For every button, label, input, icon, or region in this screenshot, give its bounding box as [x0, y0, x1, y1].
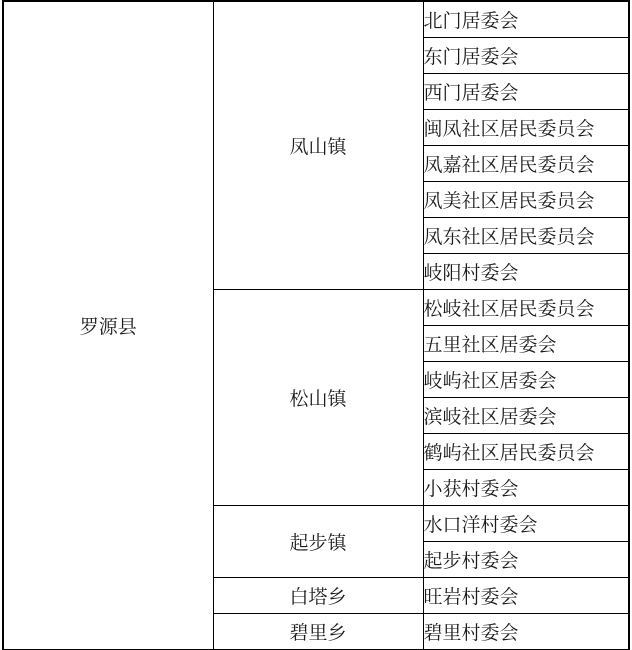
- village-cell: 凤东社区居民委员会: [423, 218, 629, 254]
- village-cell: 五里社区居委会: [423, 326, 629, 362]
- town-cell-qibu: 起步镇: [213, 506, 423, 578]
- county-cell: 罗源县: [3, 1, 213, 650]
- village-cell: 凤美社区居民委员会: [423, 182, 629, 218]
- town-cell-baita: 白塔乡: [213, 578, 423, 614]
- village-cell: 北门居委会: [423, 1, 629, 38]
- village-cell: 岐阳村委会: [423, 254, 629, 290]
- town-cell-songshan: 松山镇: [213, 290, 423, 506]
- admin-divisions-table: 罗源县 凤山镇 北门居委会 东门居委会 西门居委会 闽凤社区居民委员会 凤嘉社区…: [2, 0, 630, 650]
- village-cell: 闽凤社区居民委员会: [423, 110, 629, 146]
- village-cell: 碧里村委会: [423, 614, 629, 650]
- village-cell: 岐屿社区居委会: [423, 362, 629, 398]
- town-cell-bili: 碧里乡: [213, 614, 423, 650]
- village-cell: 西门居委会: [423, 74, 629, 110]
- village-cell: 小获村委会: [423, 470, 629, 506]
- village-cell: 鹤屿社区居民委员会: [423, 434, 629, 470]
- village-cell: 滨岐社区居委会: [423, 398, 629, 434]
- table-row: 罗源县 凤山镇 北门居委会: [3, 1, 629, 38]
- village-cell: 松岐社区居民委员会: [423, 290, 629, 326]
- document-page: 罗源县 凤山镇 北门居委会 东门居委会 西门居委会 闽凤社区居民委员会 凤嘉社区…: [0, 0, 632, 650]
- town-cell-fengshan: 凤山镇: [213, 1, 423, 290]
- village-cell: 旺岩村委会: [423, 578, 629, 614]
- village-cell: 水口洋村委会: [423, 506, 629, 542]
- village-cell: 凤嘉社区居民委员会: [423, 146, 629, 182]
- village-cell: 起步村委会: [423, 542, 629, 578]
- village-cell: 东门居委会: [423, 38, 629, 74]
